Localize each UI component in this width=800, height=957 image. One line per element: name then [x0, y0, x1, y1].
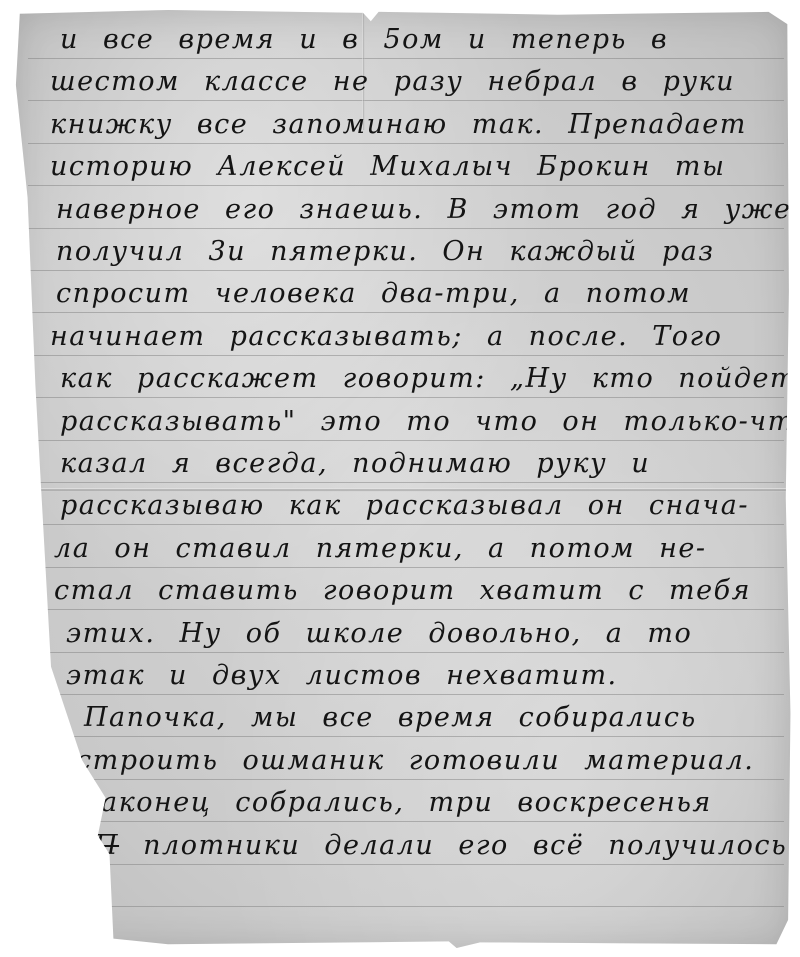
text-line: стал ставить говорит хватит с тебя: [54, 575, 751, 606]
line-text: рассказываю как рассказывал он снача-: [60, 490, 749, 521]
ruled-line: [28, 609, 785, 610]
ruled-line: [28, 440, 785, 441]
ruled-line: [28, 906, 785, 907]
text-line: Папочка, мы все время собирались: [84, 702, 697, 733]
text-line: этих. Ну об школе довольно, а то: [66, 618, 692, 649]
ruled-line: [28, 736, 785, 737]
line-text: историю Алексей Михалыч Брокин ты: [50, 151, 725, 182]
line-text: строить ошманик готовили материал.: [76, 745, 754, 776]
ruled-line: [28, 185, 785, 186]
text-line: начинает рассказывать; а после. Того: [50, 321, 722, 352]
text-line: спросит человека два-три, а потом: [56, 278, 691, 309]
ruled-line: [28, 228, 785, 229]
text-line: книжку все запоминаю так. Препадает: [50, 109, 747, 140]
text-line: наверное его знаешь. В этот год я уже: [56, 194, 791, 225]
ruled-line: [28, 524, 785, 525]
line-text: получил 3и пятерки. Он каждый раз: [56, 236, 715, 267]
text-line: этак и двух листов нехватит.: [66, 660, 618, 691]
line-text: этак и двух листов нехватит.: [66, 660, 618, 691]
ruled-line: [28, 312, 785, 313]
text-line: историю Алексей Михалыч Брокин ты: [50, 151, 725, 182]
struck-out-letter: П: [94, 830, 119, 861]
line-text: шестом классе не разу небрал в руки: [50, 66, 735, 97]
text-line: Наконец собрались, три воскресенья: [76, 787, 712, 818]
line-text: Папочка, мы все время собирались: [84, 702, 697, 733]
text-line: рассказываю как рассказывал он снача-: [60, 490, 749, 521]
ruled-line: [28, 397, 785, 398]
text-line: ла он ставил пятерки, а потом не-: [54, 533, 707, 564]
ruled-line: [28, 779, 785, 780]
ruled-line: [28, 567, 785, 568]
text-line: рассказывать" это то что он только-что р…: [60, 406, 800, 437]
text-line: строить ошманик готовили материал.: [76, 745, 754, 776]
ruled-line: [28, 355, 785, 356]
line-text: как расскажет говорит: „Ну кто пойдет: [60, 363, 797, 394]
text-line: получил 3и пятерки. Он каждый раз: [56, 236, 715, 267]
line-text: начинает рассказывать; а после. Того: [50, 321, 722, 352]
line-text: ла он ставил пятерки, а потом не-: [54, 533, 707, 564]
ruled-line: [28, 948, 785, 949]
line-text: рассказывать" это то что он только-что р…: [60, 406, 800, 437]
line-text: и все время и в 5ом и теперь в: [60, 24, 668, 55]
line-text: наверное его знаешь. В этот год я уже: [56, 194, 791, 225]
ruled-line: [28, 694, 785, 695]
ruled-line: [28, 100, 785, 101]
ruled-line: [28, 821, 785, 822]
text-line: и все время и в 5ом и теперь в: [60, 24, 668, 55]
ruled-line: [28, 864, 785, 865]
line-text: казал я всегда, поднимаю руку и: [60, 448, 650, 479]
letter-page: и все время и в 5ом и теперь вшестом кла…: [12, 10, 792, 948]
line-text: спросит человека два-три, а потом: [56, 278, 691, 309]
line-text: этих. Ну об школе довольно, а то: [66, 618, 692, 649]
ruled-line: [28, 270, 785, 271]
line-text: плотники делали его всё получилось: [143, 830, 787, 861]
ruled-line: [28, 143, 785, 144]
text-line: казал я всегда, поднимаю руку и: [60, 448, 650, 479]
line-text: книжку все запоминаю так. Препадает: [50, 109, 747, 140]
ruled-line: [28, 58, 785, 59]
text-line: шестом классе не разу небрал в руки: [50, 66, 735, 97]
line-text: стал ставить говорит хватит с тебя: [54, 575, 751, 606]
ruled-line: [28, 482, 785, 483]
line-text: Наконец собрались, три воскресенья: [76, 787, 712, 818]
text-line: как расскажет говорит: „Ну кто пойдет: [60, 363, 797, 394]
text-line: П плотники делали его всё получилось: [94, 830, 787, 861]
ruled-line: [28, 652, 785, 653]
